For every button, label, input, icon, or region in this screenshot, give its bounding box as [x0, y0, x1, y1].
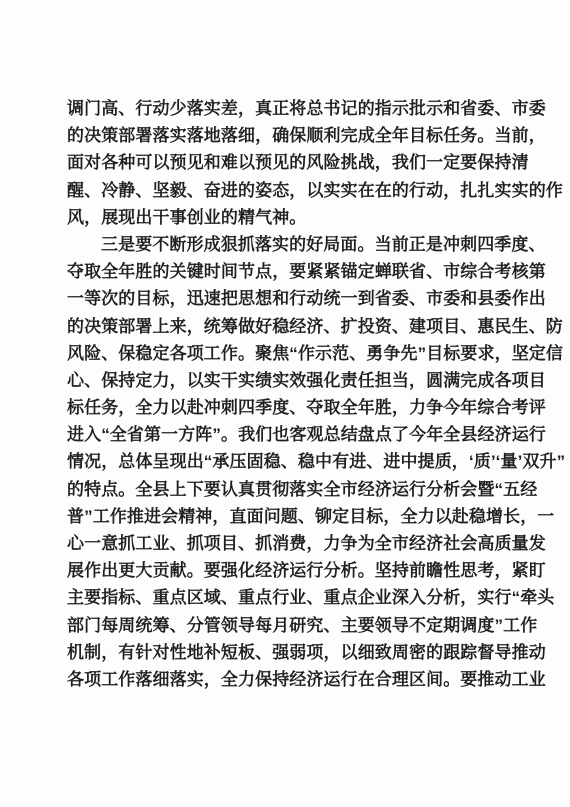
text-line: 心、保持定力，以实干实绩实效强化责任担当，圆满完成各项目 — [67, 367, 505, 394]
text-line: 心一意抓工业、抓项目、抓消费，力争为全市经济社会高质量发 — [67, 530, 505, 557]
text-line: 一等次的目标，迅速把思想和行动统一到省委、市委和县委作出 — [67, 285, 505, 312]
text-line: 的决策部署上来，统筹做好稳经济、扩投资、建项目、惠民生、防 — [67, 313, 505, 340]
text-line: 三是要不断形成狠抓落实的好局面。当前正是冲刺四季度、 — [67, 231, 505, 258]
document-text-block: 调门高、行动少落实差，真正将总书记的指示批示和省委、市委的决策部署落实落地落细，… — [67, 95, 505, 693]
text-line: 主要指标、重点区域、重点行业、重点企业深入分析，实行“牵头 — [67, 584, 505, 611]
text-line: 风险、保稳定各项工作。聚焦“作示范、勇争先”目标要求，坚定信 — [67, 340, 505, 367]
text-line: 部门每周统筹、分管领导每月研究、主要领导不定期调度”工作 — [67, 612, 505, 639]
text-line: 面对各种可以预见和难以预见的风险挑战，我们一定要保持清 — [67, 149, 505, 176]
text-line: 进入“全省第一方阵”。我们也客观总结盘点了今年全县经济运行 — [67, 421, 505, 448]
text-line: 普”工作推进会精神，直面问题、铆定目标，全力以赴稳增长，一 — [67, 503, 505, 530]
text-line: 调门高、行动少落实差，真正将总书记的指示批示和省委、市委 — [67, 95, 505, 122]
document-page: 调门高、行动少落实差，真正将总书记的指示批示和省委、市委的决策部署落实落地落细，… — [0, 0, 570, 807]
text-line: 醒、冷静、坚毅、奋进的姿态，以实实在在的行动，扎扎实实的作 — [67, 177, 505, 204]
text-line: 夺取全年胜的关键时间节点，要紧紧锚定蝉联省、市综合考核第 — [67, 258, 505, 285]
text-line: 标任务，全力以赴冲刺四季度、夺取全年胜，力争今年综合考评 — [67, 394, 505, 421]
text-line: 的特点。全县上下要认真贯彻落实全市经济运行分析会暨“五经 — [67, 476, 505, 503]
text-line: 的决策部署落实落地落细，确保顺利完成全年目标任务。当前， — [67, 122, 505, 149]
text-line: 情况，总体呈现出“承压固稳、稳中有进、进中提质，‘质’‘量’双升” — [67, 448, 505, 475]
text-line: 展作出更大贡献。要强化经济运行分析。坚持前瞻性思考，紧盯 — [67, 557, 505, 584]
text-line: 风，展现出干事创业的精气神。 — [67, 204, 505, 231]
text-line: 机制，有针对性地补短板、强弱项，以细致周密的跟踪督导推动 — [67, 639, 505, 666]
text-line: 各项工作落细落实，全力保持经济运行在合理区间。要推动工业 — [67, 666, 505, 693]
